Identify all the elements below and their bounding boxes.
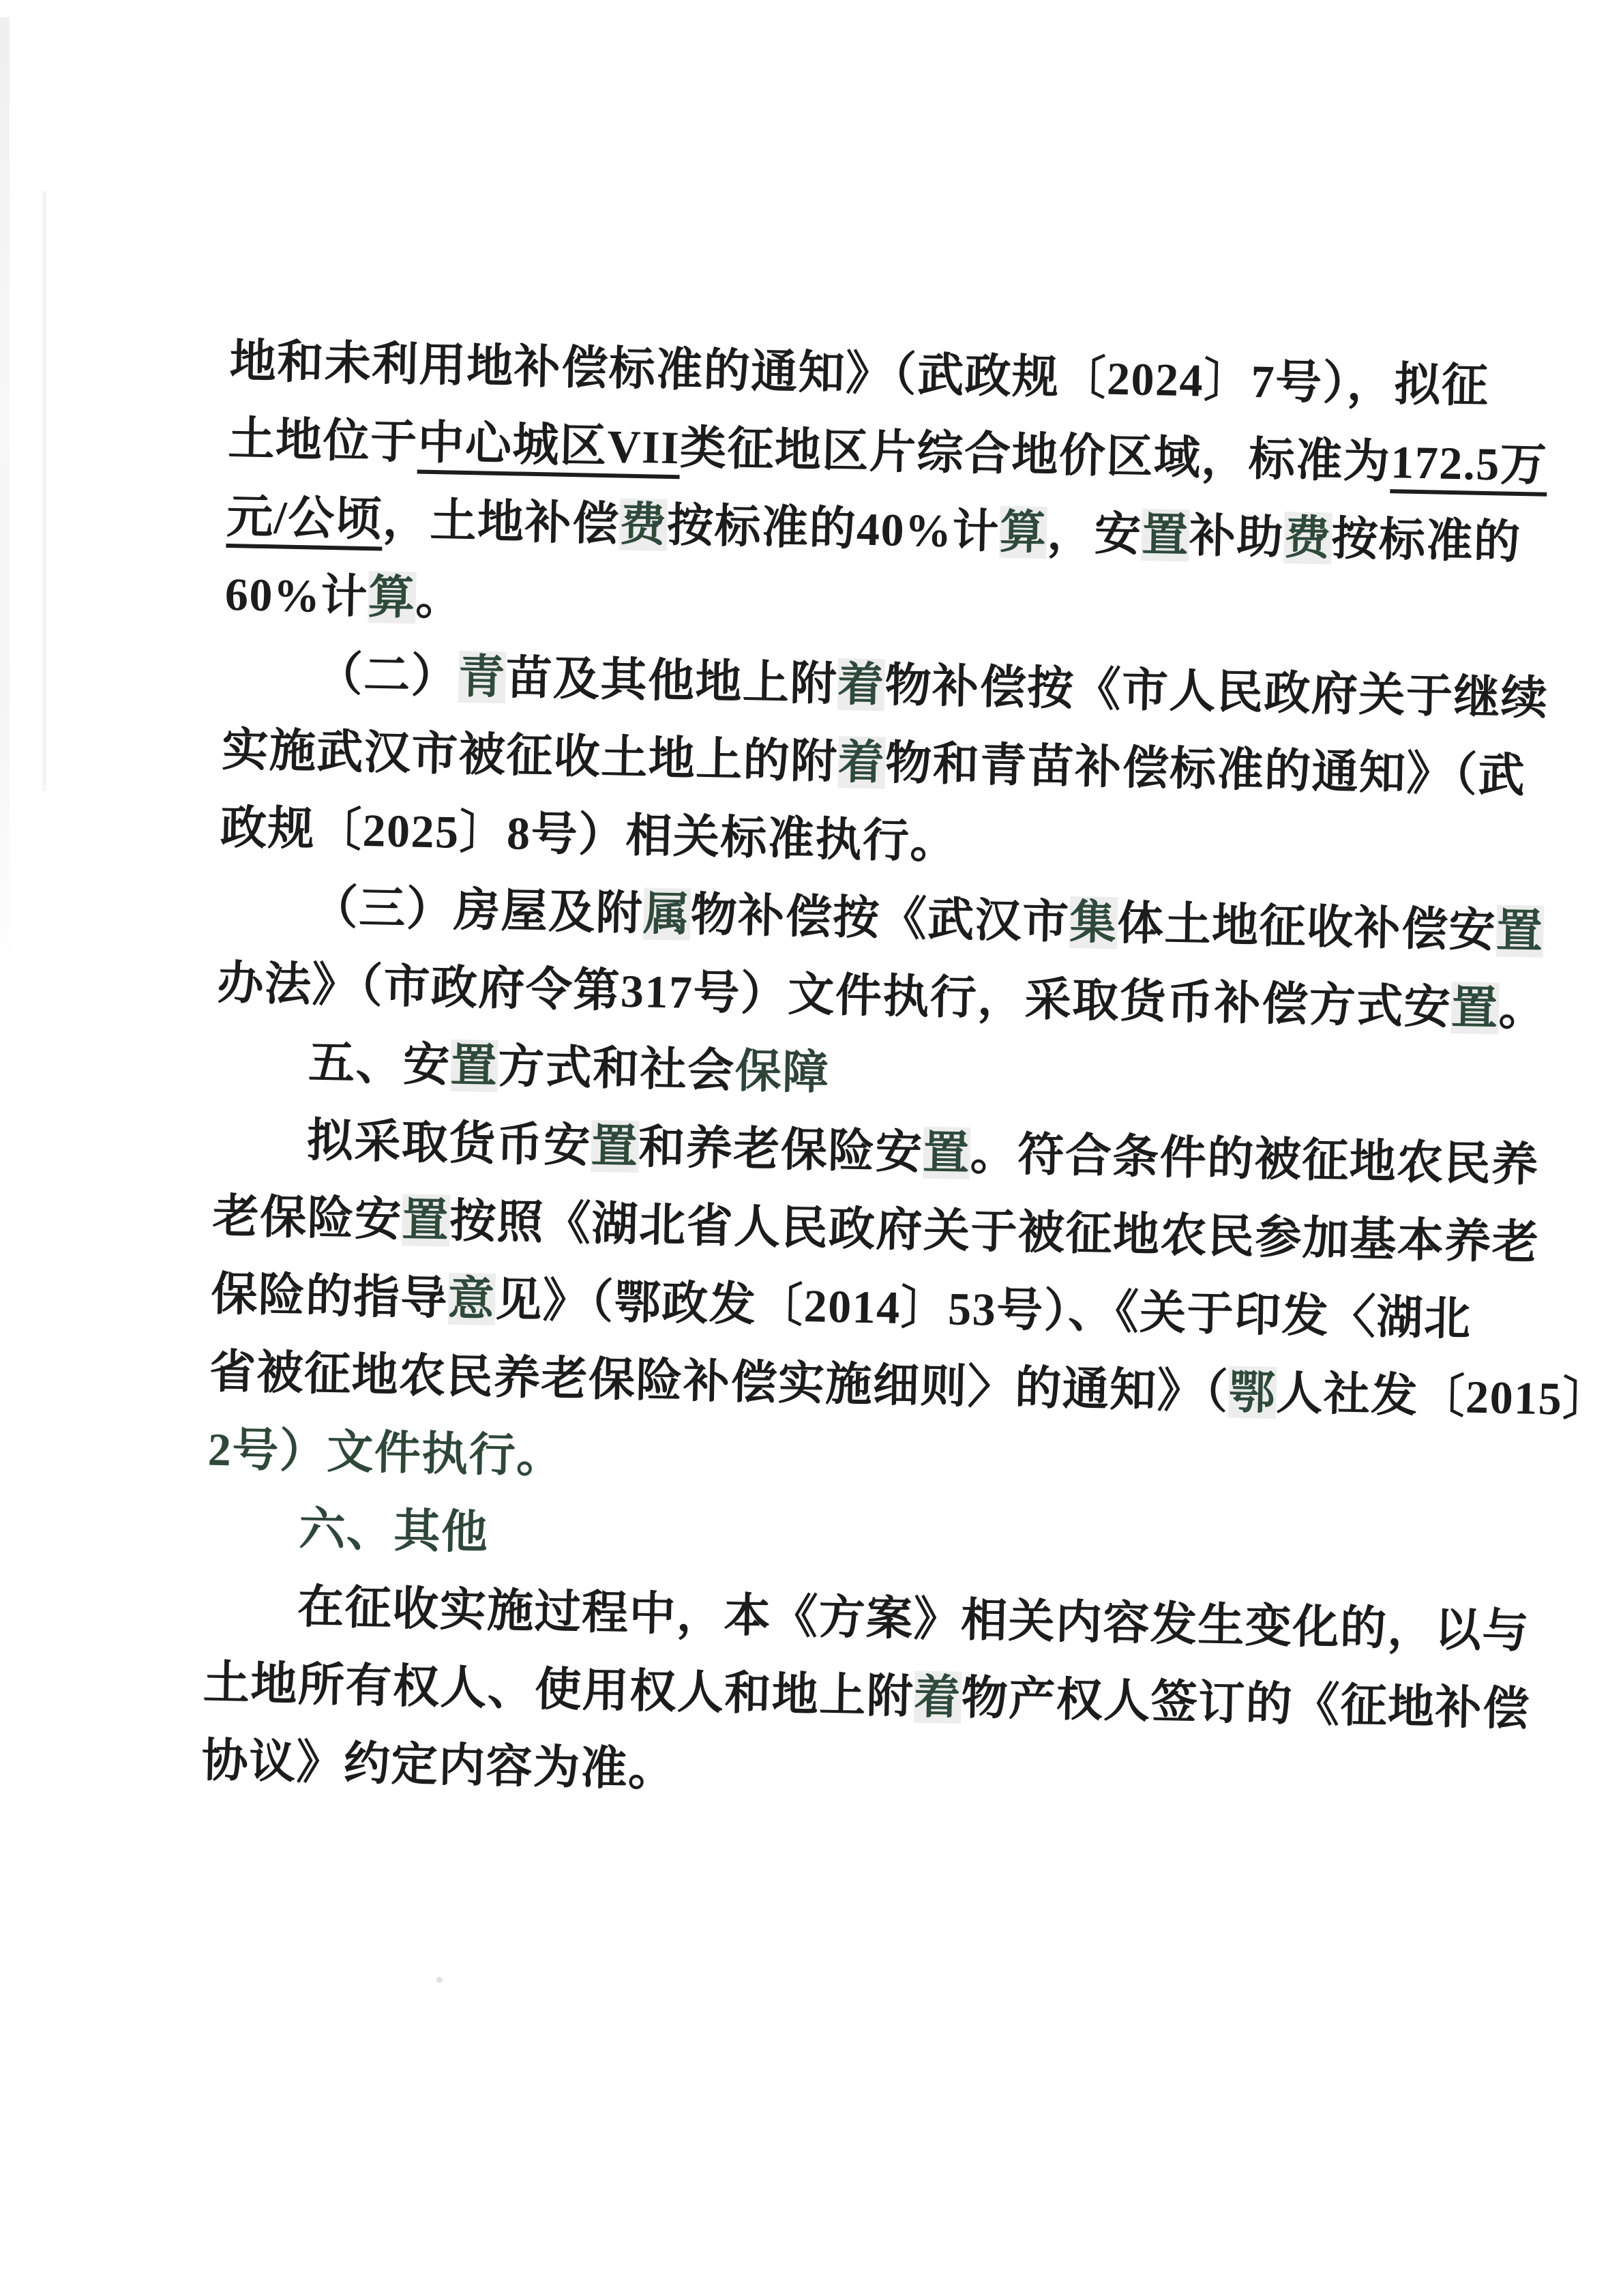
text-segment: 和养老保险安 bbox=[638, 1121, 923, 1178]
text-segment: ，安 bbox=[1047, 507, 1143, 561]
text-segment: 土地所有权人、使用权人和地上附 bbox=[203, 1657, 914, 1723]
patched-character: 置 bbox=[1142, 509, 1190, 561]
patched-character: 鄂 bbox=[1228, 1366, 1277, 1419]
text-segment: 老保险安 bbox=[212, 1190, 402, 1246]
patched-character: 置 bbox=[1450, 982, 1499, 1034]
text-segment: 物产权人签订的《征地补偿 bbox=[961, 1672, 1530, 1735]
patched-character: 着 bbox=[837, 658, 885, 711]
text-segment: 物补偿按《市人民政府关于继续 bbox=[884, 659, 1549, 724]
text-segment: 拟采取货币安 bbox=[306, 1114, 591, 1171]
patched-character: 置 bbox=[450, 1040, 498, 1092]
patched-character: 费 bbox=[1283, 512, 1332, 564]
text-segment: ，土地补偿 bbox=[382, 494, 620, 550]
text-segment: 按标准的40%计 bbox=[666, 499, 1000, 558]
text-segment: 办法》（市政府令第317号）文件执行，采取货币补偿方式安 bbox=[217, 957, 1452, 1033]
patched-character: 集 bbox=[1069, 896, 1118, 949]
text-segment: 协议》约定内容为准。 bbox=[201, 1735, 676, 1796]
text-segment: 六、其他 bbox=[299, 1503, 489, 1559]
scan-edge-artifact bbox=[42, 191, 46, 791]
patched-character: 意 bbox=[447, 1273, 496, 1325]
text-segment: 实施武汉市被征收土地上的附 bbox=[222, 724, 839, 788]
text-segment: 物和青苗补偿标准的通知》（武 bbox=[884, 737, 1525, 801]
text-segment: 五、安 bbox=[308, 1037, 451, 1091]
patched-character: 算 bbox=[999, 506, 1047, 559]
text-segment: 类征地区片综合地价区域，标准为 bbox=[679, 422, 1391, 488]
text-segment: 物补偿按《武汉市 bbox=[690, 889, 1070, 948]
patched-character: 置 bbox=[402, 1194, 450, 1246]
patched-character: 保障 bbox=[734, 1045, 831, 1099]
patched-character: 置 bbox=[1495, 904, 1544, 957]
text-segment: （三）房屋及附 bbox=[311, 881, 644, 940]
text-segment: 按标准的 bbox=[1331, 512, 1521, 568]
patched-character: 着 bbox=[837, 736, 886, 789]
underlined-text: 中心城区VII bbox=[417, 417, 681, 480]
text-segment: 见》（鄂政发〔2014〕53号）、《关于印发〈湖北 bbox=[495, 1274, 1472, 1345]
patched-character: 费 bbox=[619, 499, 668, 551]
patched-character: 属 bbox=[642, 887, 691, 940]
text-segment: 60%计 bbox=[224, 568, 368, 623]
scanned-document-page: 地和未利用地补偿标准的通知》（武政规〔2024〕7号），拟征土地位于中心城区VI… bbox=[0, 0, 1623, 2296]
scan-edge-artifact bbox=[0, 17, 10, 992]
text-segment: 在征收实施过程中，本《方案》相关内容发生变化的，以与 bbox=[297, 1580, 1530, 1657]
patched-character: 着 bbox=[914, 1671, 962, 1724]
scan-speck-artifact bbox=[436, 1977, 443, 1983]
text-segment: 省被征地农民养老保险补偿实施细则〉的通知》（ bbox=[209, 1346, 1229, 1418]
patched-character: 算 bbox=[368, 571, 416, 623]
text-segment: 。 bbox=[1498, 983, 1547, 1035]
text-segment: 政规〔2025〕8号）相关标准执行。 bbox=[220, 801, 957, 868]
text-segment: 人社发〔2015〕 bbox=[1276, 1367, 1611, 1426]
text-segment: 。符合条件的被征地农民养 bbox=[970, 1128, 1539, 1191]
text-segment: 补助 bbox=[1189, 510, 1285, 563]
text-segment: 2号）文件执行。 bbox=[207, 1424, 564, 1482]
patched-character: 青 bbox=[458, 651, 506, 703]
patched-character: 置 bbox=[923, 1127, 971, 1179]
text-segment: 按照《湖北省人民政府关于被征地农民参加基本养老 bbox=[449, 1195, 1540, 1269]
text-segment: 苗及其他地上附 bbox=[505, 651, 838, 710]
text-segment: 土地位于 bbox=[228, 413, 418, 469]
text-segment: 地和未利用地补偿标准的通知》（武政规〔2024〕7号），拟征 bbox=[229, 335, 1489, 412]
underlined-text: 元/公顷 bbox=[226, 490, 383, 551]
document-text-block: 地和未利用地补偿标准的通知》（武政规〔2024〕7号），拟征土地位于中心城区VI… bbox=[201, 322, 1401, 1823]
text-segment: （二） bbox=[316, 648, 459, 703]
text-segment: 保险的指导 bbox=[211, 1268, 449, 1325]
text-segment: 方式和社会 bbox=[497, 1040, 735, 1097]
patched-character: 置 bbox=[591, 1120, 639, 1173]
underlined-text: 172.5万 bbox=[1390, 436, 1548, 497]
text-segment: 体土地征收补偿安 bbox=[1116, 897, 1496, 956]
text-segment: 。 bbox=[415, 572, 464, 625]
